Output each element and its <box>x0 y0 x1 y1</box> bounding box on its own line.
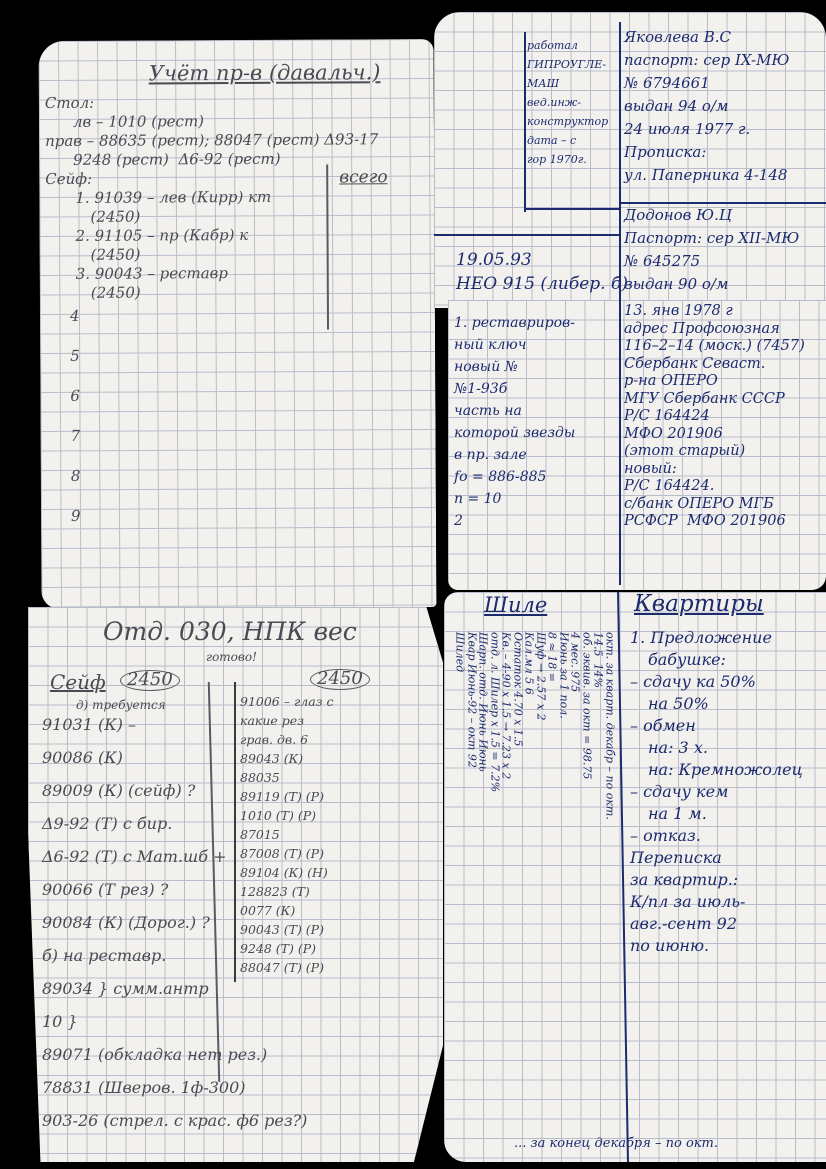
record-line: выдан 90 о/м <box>624 277 728 293</box>
vertical-note: Кв. – 4-90 x 1.5 → 7.23 x 2 <box>500 632 512 779</box>
item-entry: 87008 (Т) (Р) <box>240 847 324 860</box>
note-line: 9248 (рест) Δ6-92 (рест) <box>73 152 280 169</box>
record-line: Паспорт: сер XII-МЮ <box>624 231 799 247</box>
list-number: 4 <box>70 309 80 325</box>
note-line: fo = 886-885 <box>454 470 546 485</box>
vertical-note: Квар Июнь-92 – окт 92 <box>466 632 478 768</box>
item-entry: 91031 (К) – <box>42 717 136 734</box>
record-line: выдан 94 о/м <box>624 99 728 115</box>
item-entry: б) на реставр. <box>42 948 166 965</box>
item-entry: 89009 (К) (сейф) ? <box>42 783 195 800</box>
box-bottom-border <box>524 208 619 210</box>
note-line: 1. Предложение <box>630 630 772 647</box>
item-entry: 10 } <box>42 1014 78 1031</box>
column-divider <box>619 22 621 308</box>
vertical-note: Шуф → 2.57 x 2 <box>535 632 547 720</box>
note-line: Сейф: <box>45 172 92 188</box>
list-number: 9 <box>71 509 81 525</box>
box-line: ГИПРОУГЛЕ- <box>527 59 606 71</box>
divider-line <box>326 165 329 330</box>
left-header: Сейф <box>50 672 106 693</box>
note-line: часть на <box>454 404 522 419</box>
vertical-note: 8 ≈ 18 = <box>546 632 558 682</box>
list-number: 8 <box>71 469 81 485</box>
record-line: № 6794661 <box>624 76 710 92</box>
record-line: Додонов Ю.Ц <box>624 208 732 224</box>
column-divider-1 <box>208 682 220 1082</box>
vertical-note: Шилед <box>454 632 466 672</box>
notebook-page-2-top: работалГИПРОУГЛЕ-МАШвед.инж-конструкторд… <box>434 12 826 308</box>
vertical-note: Июнь за 1 пол. <box>558 632 570 719</box>
column-divider-2 <box>234 682 236 982</box>
vertical-note: Остаток 4.70 x 1.5 <box>512 632 524 746</box>
record-separator <box>619 202 826 204</box>
note-line: (2450) <box>90 210 140 226</box>
note-line: – обмен <box>630 718 696 735</box>
note-line: Стол: <box>45 96 94 112</box>
note-line: по июню. <box>630 938 709 955</box>
item-entry: 89071 (обкладка нет рез.) <box>42 1047 267 1064</box>
item-entry: 89034 } сумм.антр <box>42 981 209 998</box>
note-line: – отказ. <box>630 828 701 845</box>
note-line: бабушке: <box>648 652 726 669</box>
item-entry: 89043 (К) <box>240 752 303 765</box>
record-line: с/банк ОПЕРО МГБ <box>624 497 774 512</box>
note-line: 1. реставриров- <box>454 316 575 331</box>
item-entry: 87015 <box>240 828 280 841</box>
item-entry: 903-26 (стрел. с крас. ф6 рез?) <box>42 1113 307 1130</box>
note-line: прав – 88635 (рест); 88047 (рест) Δ93-17 <box>45 132 378 149</box>
record-line: ул. Паперника 4-148 <box>624 168 787 184</box>
vertical-note: об. эквив. за окт = 98.75 <box>581 632 593 779</box>
note-line: 1. 91039 – лев (Кирр) кт <box>75 190 271 207</box>
note-line: НЕО 915 (либер. б) <box>456 276 628 294</box>
item-entry: 89119 (Т) (Р) <box>240 790 324 803</box>
list-number: 6 <box>70 389 80 405</box>
record-line: 13. янв 1978 г <box>624 304 733 319</box>
item-entry: 90084 (К) (Дорог.) ? <box>42 915 210 932</box>
note-line: на 1 м. <box>648 806 707 823</box>
box-line: конструктор <box>527 116 608 128</box>
column-divider <box>619 300 621 585</box>
record-line: Прописка: <box>624 145 706 161</box>
left-subheader: д) требуется <box>76 699 166 712</box>
box-left-border <box>524 32 526 212</box>
note-line: за квартир.: <box>630 872 738 889</box>
item-entry: 90043 (Т) (Р) <box>240 923 324 936</box>
box-line: работал <box>527 40 578 52</box>
note-line: №1-93б <box>454 382 507 397</box>
record-line: 116–2–14 (моск.) (7457) <box>624 339 805 354</box>
notebook-page-3: Отд. 030, НПК вес готово! Сейф 2450 д) т… <box>28 607 443 1162</box>
item-entry: грав. дв. 6 <box>240 733 308 746</box>
right-title: Квартиры <box>634 592 764 616</box>
list-number: 7 <box>71 429 81 445</box>
page-title: Отд. 030, НПК вес <box>103 619 357 645</box>
item-entry: 88047 (Т) (Р) <box>240 961 324 974</box>
section-separator <box>434 234 619 236</box>
note-line: новый № <box>454 360 518 375</box>
note-line: которой звезды <box>454 426 575 441</box>
record-line: РСФСР МФО 201906 <box>624 514 786 529</box>
note-line: ный ключ <box>454 338 526 353</box>
box-line: гор 1970г. <box>527 154 587 166</box>
box-line: дата – с <box>527 135 576 147</box>
vertical-note: 14.5 14% <box>592 632 604 688</box>
bottom-note: ... за конец декабря – по окт. <box>514 1137 718 1151</box>
note-line: Переписка <box>630 850 722 867</box>
note-line: К/пл за июль- <box>630 894 745 911</box>
column-divider <box>617 592 629 1162</box>
item-entry: Δ6-92 (Т) с Мат.шб + <box>42 849 226 866</box>
box-line: вед.инж- <box>527 97 581 109</box>
note-line: (2450) <box>91 248 141 264</box>
record-line: паспорт: сер IX-МЮ <box>624 53 789 69</box>
left-title: Шиле <box>484 594 547 616</box>
note-line: 3. 90043 – реставр <box>76 266 228 283</box>
item-entry: 90086 (К) <box>42 750 123 767</box>
record-line: Сбербанк Севаст. <box>624 357 765 372</box>
vertical-note: Кал.мл 5 6 <box>523 632 535 695</box>
box-line: МАШ <box>527 78 559 90</box>
note-line: 19.05.93 <box>456 252 532 270</box>
note-line: лв – 1010 (рест) <box>73 114 204 130</box>
record-line: МФО 201906 <box>624 427 723 442</box>
notebook-page-1: Учёт пр-в (давальч.) Стол:лв – 1010 (рес… <box>39 39 437 609</box>
item-entry: 89104 (К) (Н) <box>240 866 328 879</box>
record-line: р-на ОПЕРО <box>624 374 718 389</box>
vertical-note: Шарп. отд. Июнь Июнь <box>477 632 489 772</box>
note-line: авг.-сент 92 <box>630 916 737 933</box>
notebook-page-4: Шиле Квартиры ШиледКвар Июнь-92 – окт 92… <box>444 592 826 1162</box>
note-line: (2450) <box>91 286 141 302</box>
notebook-page-2-bottom: 13. янв 1978 гадрес Профсоюзная116–2–14 … <box>448 300 826 590</box>
item-entry: 0077 (К) <box>240 904 295 917</box>
right-badge: 2450 <box>310 669 370 690</box>
page-title: Учёт пр-в (давальч.) <box>149 61 381 84</box>
numbered-list: 456789 <box>39 39 434 41</box>
record-line: МГУ Сбербанк СССР <box>624 392 785 407</box>
note-line: на 50% <box>648 696 709 713</box>
vertical-note: отд. л. Шилер x 1.5 = 7.2% <box>489 632 501 792</box>
side-label: всего <box>339 169 387 187</box>
item-entry: 88035 <box>240 771 280 784</box>
note-line: 2 <box>454 514 463 529</box>
item-entry: 1010 (Т) (Р) <box>240 809 316 822</box>
item-entry: 128823 (Т) <box>240 885 310 898</box>
vertical-note: 4 мес. 975 <box>569 632 581 692</box>
record-line: 24 июля 1977 г. <box>624 122 750 138</box>
record-line: адрес Профсоюзная <box>624 322 780 337</box>
record-line: Р/С 164424 <box>624 409 710 424</box>
page-subtitle: готово! <box>206 651 257 664</box>
record-line: новый: <box>624 462 677 477</box>
note-line: на: 3 х. <box>648 740 708 757</box>
record-line: Яковлева В.С <box>624 30 731 46</box>
note-line: 2. 91105 – пр (Кабр) к <box>75 228 248 245</box>
item-entry: 90066 (Т рез) ? <box>42 882 168 899</box>
page1-lines: Стол:лв – 1010 (рест)прав – 88635 (рест)… <box>39 39 434 41</box>
note-line: n = 10 <box>454 492 501 507</box>
item-entry: 78831 (Шверов. 1ф-300) <box>42 1080 246 1097</box>
item-entry: 9248 (Т) (Р) <box>240 942 316 955</box>
item-entry: Δ9-92 (Т) с бир. <box>42 816 172 833</box>
note-line: – сдачу ка 50% <box>630 674 756 691</box>
record-line: № 645275 <box>624 254 700 270</box>
note-line: – сдачу кем <box>630 784 728 801</box>
note-line: на: Кремножолец <box>648 762 803 779</box>
item-entry: какие рез <box>240 714 304 727</box>
left-badge: 2450 <box>120 670 180 691</box>
record-line: Р/С 164424. <box>624 479 714 494</box>
list-number: 5 <box>70 349 80 365</box>
record-line: (этот старый) <box>624 444 745 459</box>
item-entry: 91006 – глаз с <box>240 695 333 708</box>
note-line: в пр. зале <box>454 448 527 463</box>
vertical-note: окт. за кварт. декабр – по окт. <box>604 632 616 820</box>
